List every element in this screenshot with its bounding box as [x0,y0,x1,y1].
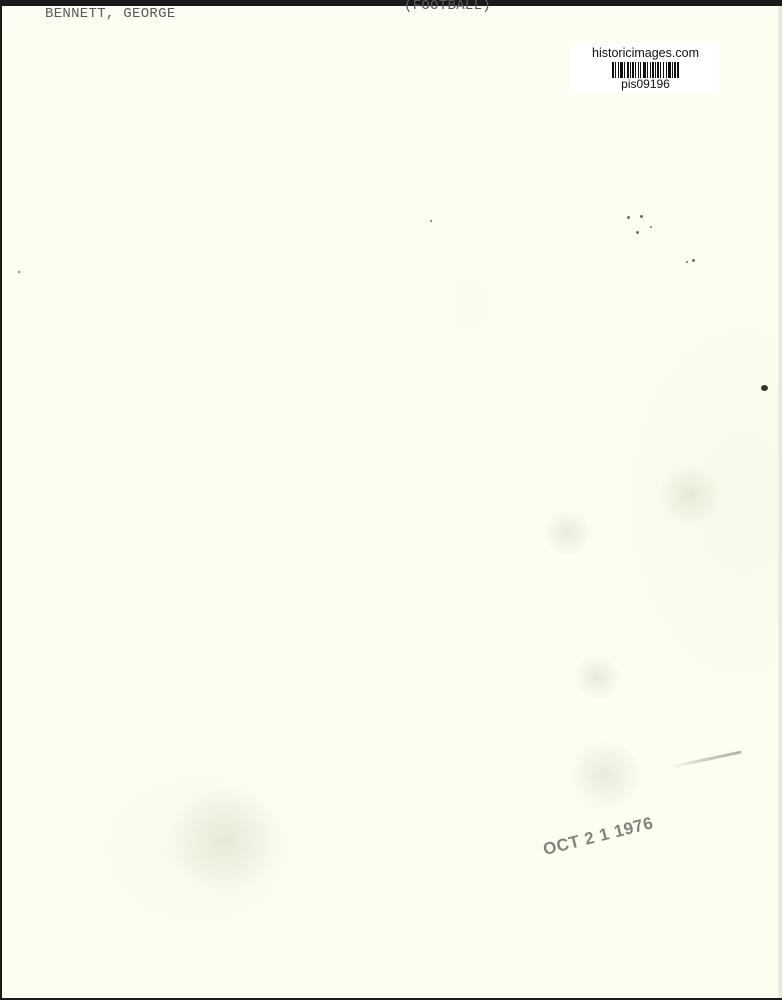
water-stain [570,740,640,810]
category-label: (FOOTBALL) [404,0,491,14]
water-stain [170,790,280,890]
water-stain [545,510,590,555]
age-speck [692,259,695,262]
age-speck [18,271,20,273]
water-stain [575,655,620,700]
water-stain [660,465,720,525]
sticker-item-id: pis09196 [572,78,719,91]
barcode-sticker: historicimages.com pis09196 [572,43,719,93]
age-speck [627,216,630,219]
subject-name-label: BENNETT, GEORGE [45,6,176,22]
age-speck [430,220,432,222]
barcode-icon [589,62,703,78]
age-speck [636,231,639,234]
age-speck [650,226,652,228]
pin-hole [761,385,768,391]
paper-edge [778,6,782,998]
age-speck [686,261,688,263]
age-speck [640,215,643,218]
sticker-site-name: historicimages.com [572,46,719,60]
